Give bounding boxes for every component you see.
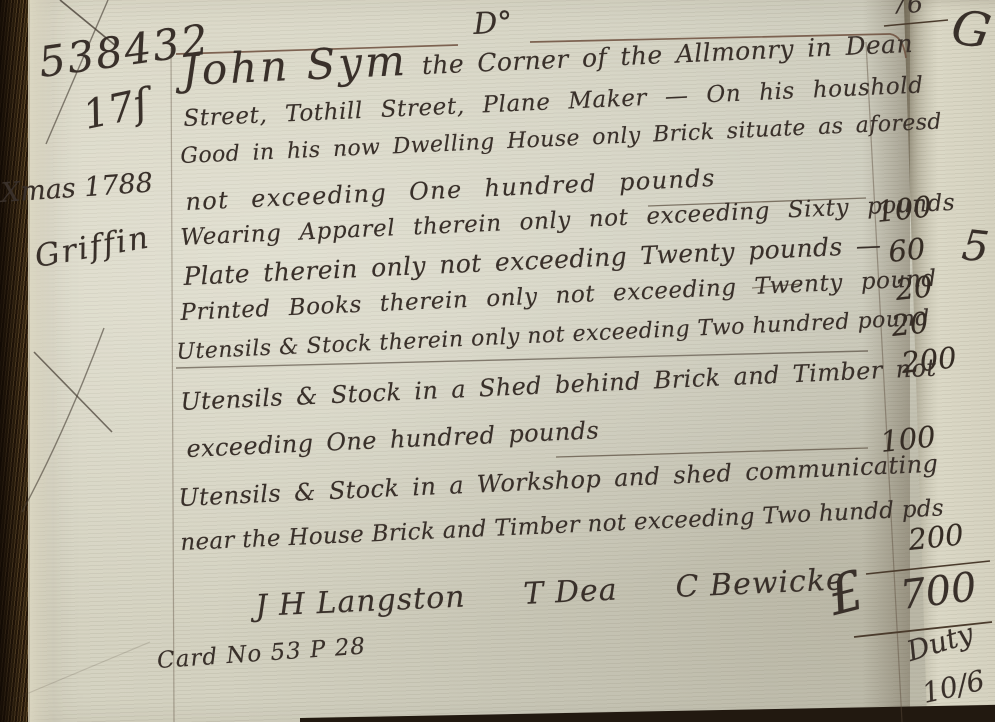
amount-value: 100 (875, 192, 933, 227)
amount-value: 20 (890, 308, 930, 341)
page-number: 76 (890, 0, 923, 18)
signature: T Dea (523, 576, 619, 610)
signature: C Bewicke (675, 565, 845, 603)
next-page-fragment: G (948, 3, 994, 57)
amount-value: 60 (887, 234, 927, 267)
amount-value: 200 (900, 343, 958, 378)
book-gutter (0, 0, 30, 722)
page-edge-highlight (28, 0, 54, 722)
insured-name: John Sym (181, 40, 409, 92)
sum-total: 700 (898, 567, 979, 616)
amount-value: 200 (907, 520, 965, 555)
next-page-fragment: 5 (960, 224, 991, 269)
amount-value: 100 (879, 422, 937, 457)
amount-value: 20 (894, 272, 934, 305)
ledger-page-photo: D° 76 538432 17ſ Xmas 1788 Griffin John … (0, 0, 995, 722)
